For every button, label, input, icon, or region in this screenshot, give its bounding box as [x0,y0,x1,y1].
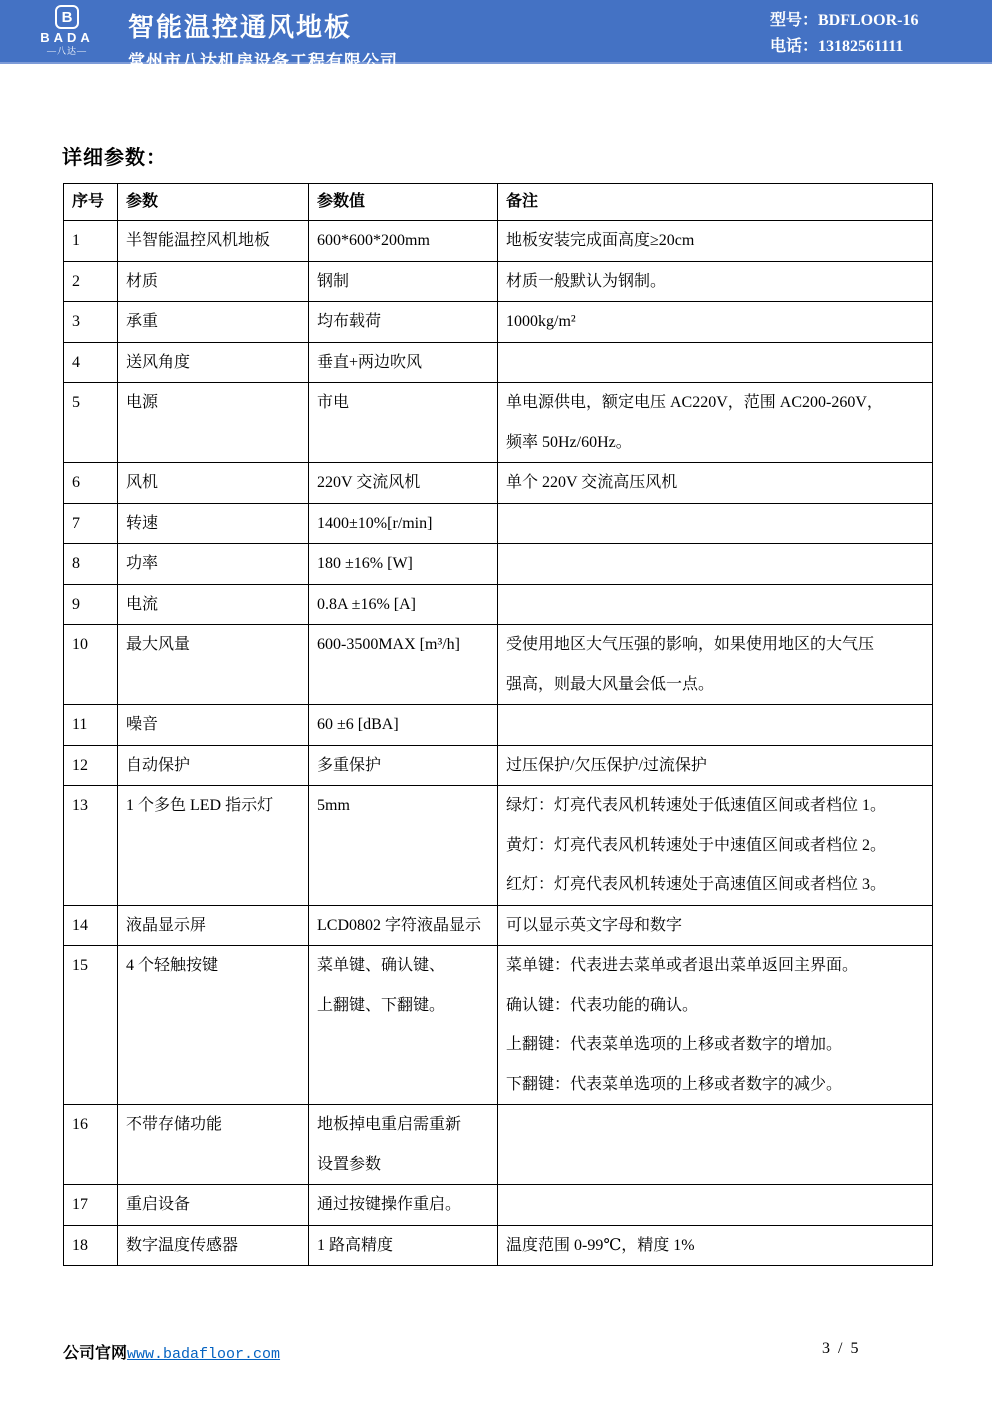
cell-param: 材质 [118,261,309,302]
cell-value: LCD0802 字符液晶显示 [309,905,498,946]
cell-value: 600-3500MAX [m³/h] [309,625,498,705]
cell-no: 15 [64,946,118,1105]
cell-value: 地板掉电重启需重新设置参数 [309,1105,498,1185]
spec-table-body: 1半智能温控风机地板600*600*200mm地板安装完成面高度≥20cm2材质… [64,221,933,1266]
cell-no: 12 [64,745,118,786]
cell-remark [498,544,933,585]
spec-table: 序号 参数 参数值 备注 1半智能温控风机地板600*600*200mm地板安装… [63,183,933,1266]
cell-remark: 1000kg/m² [498,302,933,343]
cell-remark [498,1185,933,1226]
cell-remark [498,705,933,746]
cell-remark [498,1105,933,1185]
phone-number: 电话：13182561111 [770,34,918,60]
cell-no: 10 [64,625,118,705]
col-header-remark: 备注 [498,184,933,221]
cell-value: 市电 [309,383,498,463]
section-title: 详细参数： [62,141,167,170]
cell-value: 5mm [309,786,498,906]
cell-value: 60 ±6 [dBA] [309,705,498,746]
page-header: B BADA —八达— 智能温控通风地板 常州市八达机房设备工程有限公司 型号：… [0,0,992,64]
cell-remark: 可以显示英文字母和数字 [498,905,933,946]
company-logo: B BADA —八达— [22,5,112,57]
cell-value: 220V 交流风机 [309,463,498,504]
cell-no: 9 [64,584,118,625]
table-row: 14液晶显示屏LCD0802 字符液晶显示可以显示英文字母和数字 [64,905,933,946]
cell-remark [498,503,933,544]
table-row: 5电源市电单电源供电，额定电压 AC220V，范围 AC200-260V，频率 … [64,383,933,463]
logo-icon: B [55,5,79,29]
cell-no: 4 [64,342,118,383]
cell-value: 1 路高精度 [309,1225,498,1266]
table-row: 154 个轻触按键菜单键、确认键、上翻键、下翻键。菜单键：代表进去菜单或者退出菜… [64,946,933,1105]
page-footer: 公司官网www.badafloor.com 3 / 5 [0,1340,992,1370]
cell-remark: 地板安装完成面高度≥20cm [498,221,933,262]
company-name: 常州市八达机房设备工程有限公司 [128,47,398,72]
cell-no: 6 [64,463,118,504]
cell-no: 18 [64,1225,118,1266]
table-row: 18数字温度传感器1 路高精度温度范围 0-99℃，精度 1% [64,1225,933,1266]
website-label: 公司官网 [63,1345,127,1362]
cell-param: 不带存储功能 [118,1105,309,1185]
table-row: 12自动保护多重保护过压保护/欠压保护/过流保护 [64,745,933,786]
cell-no: 11 [64,705,118,746]
cell-value: 菜单键、确认键、上翻键、下翻键。 [309,946,498,1105]
cell-value: 均布载荷 [309,302,498,343]
table-row: 9电流0.8A ±16% [A] [64,584,933,625]
cell-remark: 绿灯：灯亮代表风机转速处于低速值区间或者档位 1。黄灯：灯亮代表风机转速处于中速… [498,786,933,906]
cell-no: 2 [64,261,118,302]
model-number: 型号：BDFLOOR-16 [770,8,918,34]
table-row: 16不带存储功能地板掉电重启需重新设置参数 [64,1105,933,1185]
cell-param: 重启设备 [118,1185,309,1226]
table-row: 8功率180 ±16% [W] [64,544,933,585]
logo-brand-text: BADA [22,30,112,45]
cell-param: 转速 [118,503,309,544]
cell-param: 1 个多色 LED 指示灯 [118,786,309,906]
website-link[interactable]: www.badafloor.com [127,1346,280,1363]
cell-param: 电源 [118,383,309,463]
cell-no: 14 [64,905,118,946]
cell-remark [498,342,933,383]
cell-param: 噪音 [118,705,309,746]
cell-value: 1400±10%[r/min] [309,503,498,544]
cell-no: 17 [64,1185,118,1226]
table-row: 1半智能温控风机地板600*600*200mm地板安装完成面高度≥20cm [64,221,933,262]
table-row: 10最大风量600-3500MAX [m³/h]受使用地区大气压强的影响，如果使… [64,625,933,705]
col-header-value: 参数值 [309,184,498,221]
cell-value: 多重保护 [309,745,498,786]
table-row: 17重启设备通过按键操作重启。 [64,1185,933,1226]
cell-no: 16 [64,1105,118,1185]
cell-no: 7 [64,503,118,544]
cell-param: 送风角度 [118,342,309,383]
table-row: 131 个多色 LED 指示灯5mm绿灯：灯亮代表风机转速处于低速值区间或者档位… [64,786,933,906]
cell-param: 4 个轻触按键 [118,946,309,1105]
cell-param: 承重 [118,302,309,343]
cell-no: 8 [64,544,118,585]
table-row: 11噪音60 ±6 [dBA] [64,705,933,746]
cell-no: 13 [64,786,118,906]
table-row: 4送风角度垂直+两边吹风 [64,342,933,383]
cell-remark: 受使用地区大气压强的影响，如果使用地区的大气压强高，则最大风量会低一点。 [498,625,933,705]
cell-no: 1 [64,221,118,262]
cell-value: 600*600*200mm [309,221,498,262]
table-header-row: 序号 参数 参数值 备注 [64,184,933,221]
cell-remark: 材质一般默认为钢制。 [498,261,933,302]
table-row: 2材质钢制材质一般默认为钢制。 [64,261,933,302]
logo-brand-cn-text: —八达— [22,44,112,57]
cell-value: 通过按键操作重启。 [309,1185,498,1226]
col-header-param: 参数 [118,184,309,221]
cell-remark: 温度范围 0-99℃，精度 1% [498,1225,933,1266]
cell-param: 最大风量 [118,625,309,705]
table-row: 6风机220V 交流风机单个 220V 交流高压风机 [64,463,933,504]
document-title: 智能温控通风地板 [128,7,398,44]
cell-param: 数字温度传感器 [118,1225,309,1266]
cell-value: 钢制 [309,261,498,302]
col-header-no: 序号 [64,184,118,221]
cell-param: 自动保护 [118,745,309,786]
cell-no: 5 [64,383,118,463]
cell-remark: 过压保护/欠压保护/过流保护 [498,745,933,786]
cell-remark: 菜单键：代表进去菜单或者退出菜单返回主界面。确认键：代表功能的确认。上翻键：代表… [498,946,933,1105]
cell-value: 0.8A ±16% [A] [309,584,498,625]
cell-value: 180 ±16% [W] [309,544,498,585]
cell-no: 3 [64,302,118,343]
page-number: 3 / 5 [822,1340,860,1358]
cell-param: 电流 [118,584,309,625]
cell-param: 液晶显示屏 [118,905,309,946]
cell-param: 风机 [118,463,309,504]
table-row: 7转速1400±10%[r/min] [64,503,933,544]
cell-remark: 单电源供电，额定电压 AC220V，范围 AC200-260V，频率 50Hz/… [498,383,933,463]
cell-value: 垂直+两边吹风 [309,342,498,383]
table-row: 3承重均布载荷1000kg/m² [64,302,933,343]
cell-param: 功率 [118,544,309,585]
cell-remark: 单个 220V 交流高压风机 [498,463,933,504]
cell-param: 半智能温控风机地板 [118,221,309,262]
cell-remark [498,584,933,625]
